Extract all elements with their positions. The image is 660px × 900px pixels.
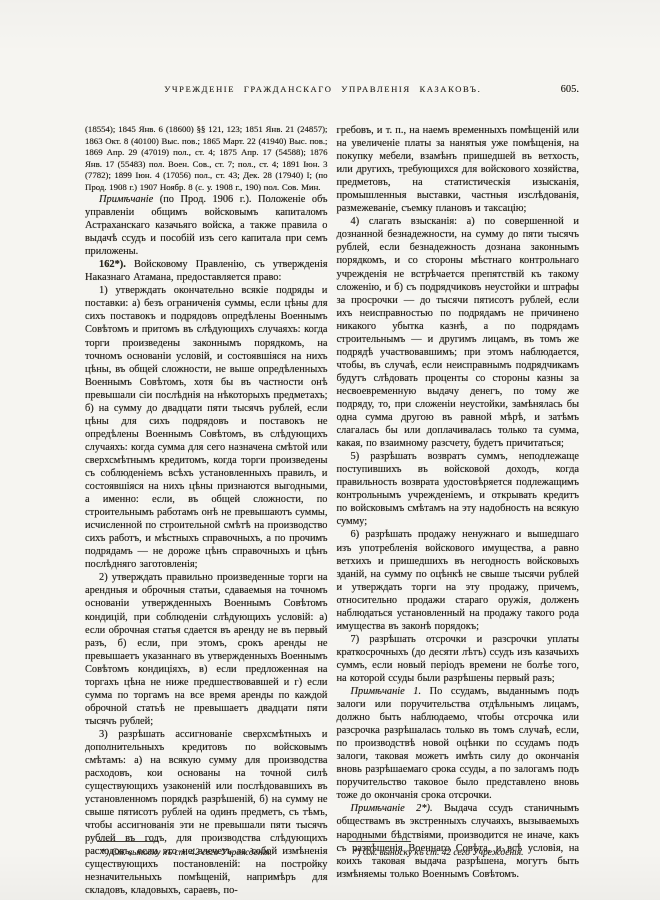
paragraph: 4) слагать взысканія: а) по совершенной … <box>337 215 580 450</box>
paragraph: Примѣчаніе 1. По ссудамъ, выданнымъ подъ… <box>337 685 580 802</box>
page-body: (18554); 1845 Янв. 6 (18600) §§ 121, 123… <box>85 124 579 872</box>
left-footnote: *) См. выноску къ ст. 42 сего Учрежденія… <box>85 841 328 859</box>
paragraph: 162*). Войсковому Правленію, съ утвержде… <box>85 258 328 284</box>
paragraph-lead: Примѣчаніе <box>99 194 153 205</box>
paragraph: Примѣчаніе (по Прод. 1906 г.). Положеніе… <box>85 193 328 258</box>
paragraph: 7) разрѣшать отсрочки и разсрочки уплаты… <box>337 633 580 685</box>
footnote-text: *) См. выноску къ ст. 42 сего Учрежденія… <box>85 848 328 859</box>
paragraph-lead: Примѣчаніе 1. <box>351 686 422 697</box>
running-head: УЧРЕЖДЕНІЕ ГРАЖДАНСКАГО УПРАВЛЕНІЯ КАЗАК… <box>85 84 579 95</box>
paragraph: 2) утверждать правильно произведенные то… <box>85 571 328 728</box>
left-column-paragraphs: (18554); 1845 Янв. 6 (18600) §§ 121, 123… <box>85 124 328 898</box>
paragraph: 1) утверждать окончательно всякіе подряд… <box>85 284 328 571</box>
footnote-rule <box>97 841 159 842</box>
paragraph: 3) разрѣшать ассигнованіе сверхсмѣтныхъ … <box>85 728 328 898</box>
paragraph: 6) разрѣшать продажу ненужнаго и вышедша… <box>337 528 580 632</box>
right-footnote: *) См. выноску къ ст. 42 сего Учрежденія… <box>337 841 580 859</box>
right-column-paragraphs: гребовъ, и т. п., на наемъ временныхъ по… <box>337 124 580 881</box>
footnote-text: *) См. выноску къ ст. 42 сего Учрежденія… <box>337 848 580 859</box>
footnote-rule <box>349 841 411 842</box>
paragraph-lead: Примѣчаніе 2*). <box>351 803 433 814</box>
paragraph: (18554); 1845 Янв. 6 (18600) §§ 121, 123… <box>85 124 328 193</box>
running-title: УЧРЕЖДЕНІЕ ГРАЖДАНСКАГО УПРАВЛЕНІЯ КАЗАК… <box>85 84 561 94</box>
right-column: гребовъ, и т. п., на наемъ временныхъ по… <box>337 124 580 872</box>
scanned-document-page: { "colors": { "paper": "#f6f5f1", "ink":… <box>0 0 660 900</box>
left-column: (18554); 1845 Янв. 6 (18600) §§ 121, 123… <box>85 124 328 872</box>
paragraph-lead: 162*). <box>99 259 126 270</box>
paragraph: 5) разрѣшать возвратъ суммъ, неподлежаще… <box>337 450 580 528</box>
paragraph: гребовъ, и т. п., на наемъ временныхъ по… <box>337 124 580 215</box>
page-number: 605. <box>561 84 579 95</box>
